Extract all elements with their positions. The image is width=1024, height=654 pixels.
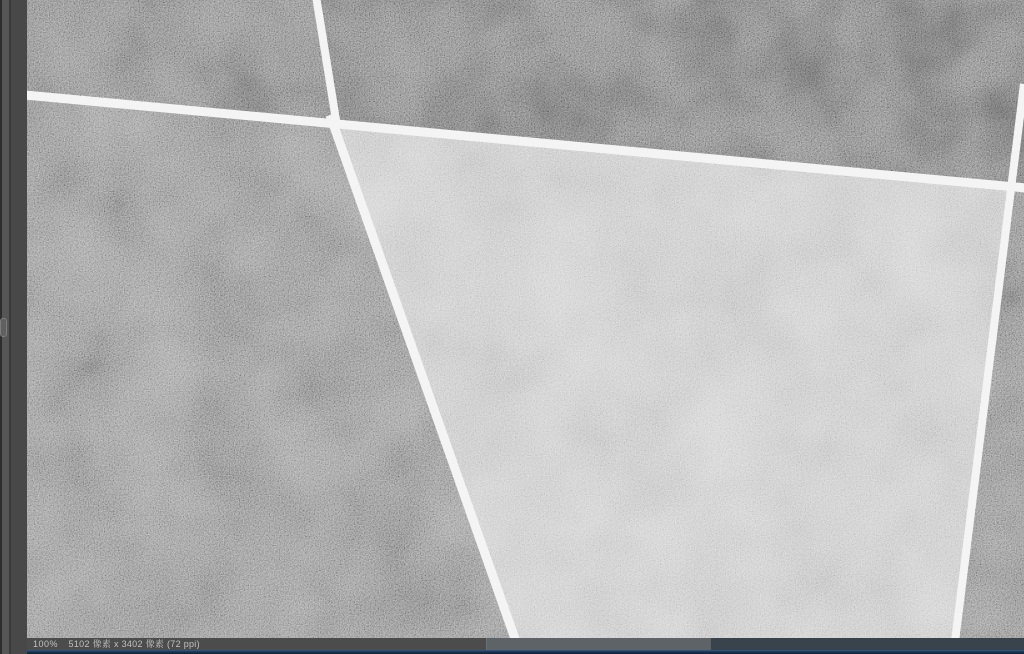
panel-resize-grip[interactable] (0, 318, 7, 337)
zoom-level-field[interactable]: 100% (33, 639, 58, 649)
pasteboard (11, 0, 27, 654)
canvas-svg[interactable] (27, 0, 1024, 638)
window-bottom-border (27, 650, 1024, 654)
document-info: 5102 像素 x 3402 像素 (72 ppi) (69, 639, 200, 649)
h-scrollbar-thumb[interactable] (486, 638, 712, 650)
noise-layer (27, 0, 1024, 638)
texture-grain-overlay (27, 0, 1024, 638)
h-scrollbar-track[interactable] (711, 638, 1024, 650)
document-canvas[interactable] (27, 0, 1024, 638)
status-bar: 100% 5102 像素 x 3402 像素 (72 ppi) (27, 638, 1024, 650)
